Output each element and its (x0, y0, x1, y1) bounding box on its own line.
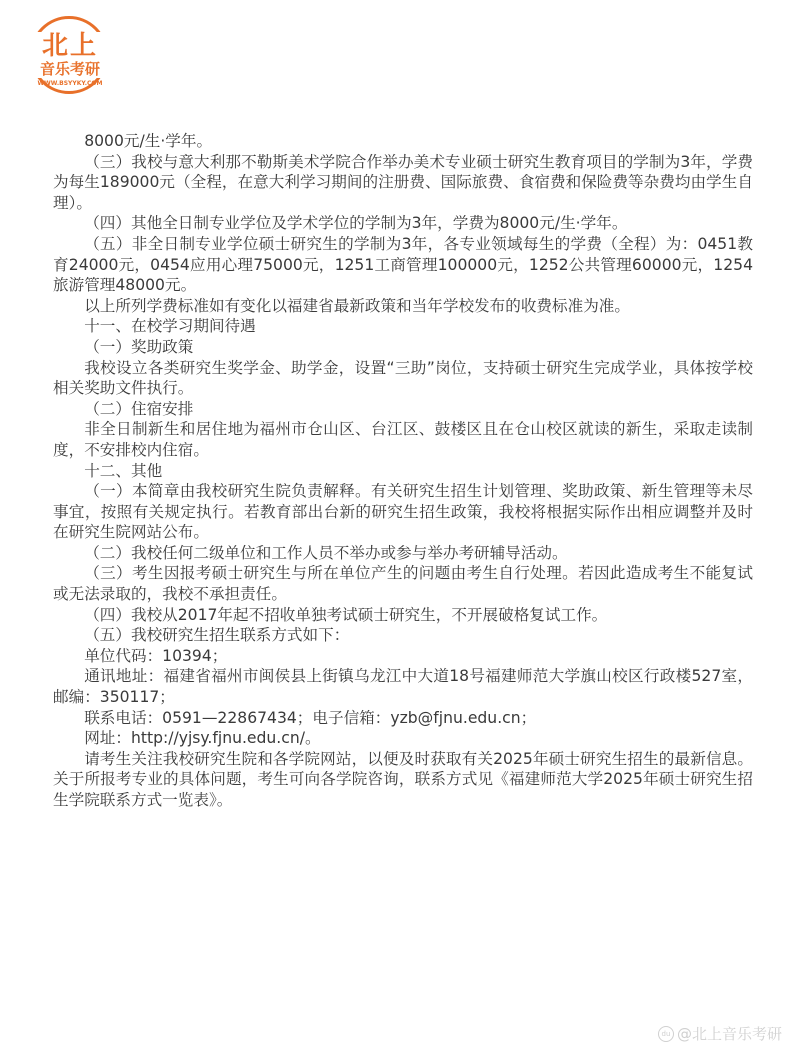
paragraph: （四）我校从2017年起不招收单独考试硕士研究生，不开展破格复试工作。 (53, 605, 753, 626)
paragraph: （五）非全日制专业学位硕士研究生的学制为3年，各专业领域每生的学费（全程）为：0… (53, 234, 753, 296)
paragraph: （三）我校与意大利那不勒斯美术学院合作举办美术专业硕士研究生教育项目的学制为3年… (53, 152, 753, 214)
baidu-paw-icon: du (658, 1026, 674, 1042)
paragraph: 我校设立各类研究生奖学金、助学金，设置“三助”岗位，支持硕士研究生完成学业，具体… (53, 358, 753, 399)
logo-subtitle: 音乐考研 (22, 60, 118, 78)
paragraph: （一）本简章由我校研究生院负责解释。有关研究生招生计划管理、奖助政策、新生管理等… (53, 481, 753, 543)
logo-title: 北上 (18, 32, 122, 60)
section-heading: 十一、在校学习期间待遇 (53, 316, 753, 337)
paragraph: 以上所列学费标准如有变化以福建省最新政策和当年学校发布的收费标准为准。 (53, 296, 753, 317)
watermark-text: @北上音乐考研 (677, 1023, 782, 1044)
paragraph: （三）考生因报考硕士研究生与所在单位产生的问题由考生自行处理。若因此造成考生不能… (53, 563, 753, 604)
unit-code: 单位代码：10394； (53, 646, 753, 667)
section-heading: 十二、其他 (53, 461, 753, 482)
logo-url: WWW.BSYYKY.COM (32, 80, 108, 87)
paragraph: （五）我校研究生招生联系方式如下： (53, 625, 753, 646)
brand-logo: 北上 音乐考研 WWW.BSYYKY.COM (18, 14, 116, 102)
paragraph: 8000元/生·学年。 (53, 131, 753, 152)
contact-phone-email: 联系电话：0591—22867434；电子信箱：yzb@fjnu.edu.cn； (53, 708, 753, 729)
watermark: du @北上音乐考研 (658, 1023, 782, 1044)
paragraph: 非全日制新生和居住地为福州市仓山区、台江区、鼓楼区且在仓山校区就读的新生，采取走… (53, 419, 753, 460)
paragraph: （二）我校任何二级单位和工作人员不举办或参与举办考研辅导活动。 (53, 543, 753, 564)
mailing-address: 通讯地址：福建省福州市闽侯县上街镇乌龙江中大道18号福建师范大学旗山校区行政楼5… (53, 666, 753, 707)
document-body: 8000元/生·学年。 （三）我校与意大利那不勒斯美术学院合作举办美术专业硕士研… (53, 131, 753, 811)
subsection-heading: （一）奖助政策 (53, 337, 753, 358)
paragraph: （四）其他全日制专业学位及学术学位的学制为3年，学费为8000元/生·学年。 (53, 213, 753, 234)
paragraph: 请考生关注我校研究生院和各学院网站，以便及时获取有关2025年硕士研究生招生的最… (53, 749, 753, 811)
website-url: 网址：http://yjsy.fjnu.edu.cn/。 (53, 728, 753, 749)
subsection-heading: （二）住宿安排 (53, 399, 753, 420)
